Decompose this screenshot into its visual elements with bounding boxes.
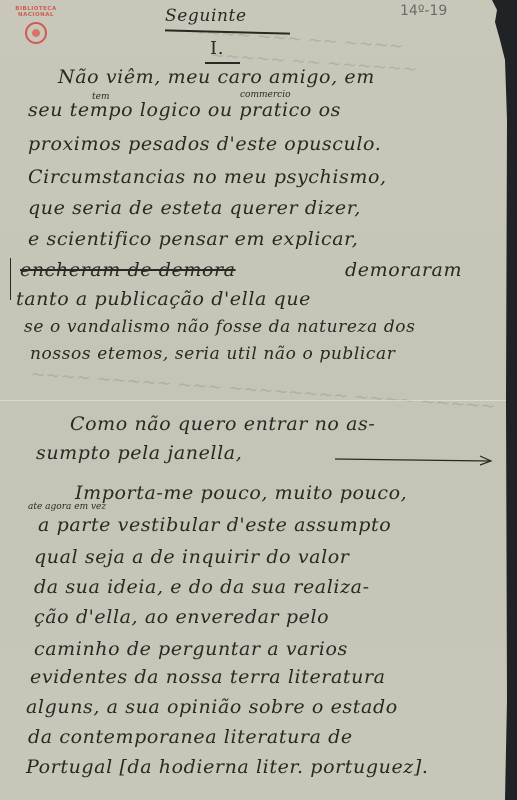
text-line: que seria de esteta querer dizer, <box>28 197 361 219</box>
chapter-heading: I. <box>210 38 224 59</box>
text-line: ção d'ella, ao enveredar pelo <box>34 606 329 628</box>
text-line: Não viêm, meu caro amigo, em <box>58 66 375 88</box>
text-line: a parte vestibular d'este assumpto <box>38 514 391 536</box>
text-line: Importa-me pouco, muito pouco, <box>75 482 407 504</box>
arrow-icon <box>335 454 495 466</box>
text-line: alguns, a sua opinião sobre o estado <box>26 696 398 718</box>
library-stamp: BIBLIOTECA NACIONAL <box>8 6 64 50</box>
manuscript-page: ~ ~~~~ ~~~ ~~ ~~~~ ~~~~~ ~~ ~~~~~~ ~~~~ … <box>0 0 507 800</box>
text-line: Portugal [da hodierna liter. portuguez]. <box>26 756 429 778</box>
text-line: proximos pesados d'este opusculo. <box>28 133 381 155</box>
text-line: Circumstancias no meu psychismo, <box>28 166 387 188</box>
text-line: sumpto pela janella, <box>36 442 242 464</box>
text-line: demoraram <box>345 259 462 281</box>
text-line: evidentes da nossa terra literatura <box>30 666 386 688</box>
text-line: tanto a publicação d'ella que <box>16 288 311 310</box>
text-line: qual seja a de inquirir do valor <box>34 546 349 568</box>
text-line: Como não quero entrar no as- <box>70 413 375 435</box>
stamp-seal-icon <box>25 22 47 44</box>
stamp-text: BIBLIOTECA NACIONAL <box>8 6 64 18</box>
text-line: nossos etemos, seria util não o publicar <box>30 344 396 364</box>
chapter-underline <box>205 62 240 64</box>
text-line: da contemporanea literatura de <box>28 726 353 748</box>
text-line: da sua ideia, e do da sua realiza- <box>34 576 370 598</box>
text-line: e scientifico pensar em explicar, <box>28 228 358 250</box>
text-line: caminho de perguntar a varios <box>34 638 348 660</box>
folio-number: 14º-19 <box>400 3 447 19</box>
bleed-through-text: ~~~~ ~~~~~ ~~~ ~~~~~~~~ ~~~~ ~~~~~ <box>30 364 496 417</box>
manuscript-title: Seguinte <box>165 6 247 26</box>
text-line: seu tempo logico ou pratico os <box>28 99 341 121</box>
struck-text: encheram de demora <box>20 259 236 281</box>
text-line: se o vandalismo não fosse da natureza do… <box>24 317 415 337</box>
